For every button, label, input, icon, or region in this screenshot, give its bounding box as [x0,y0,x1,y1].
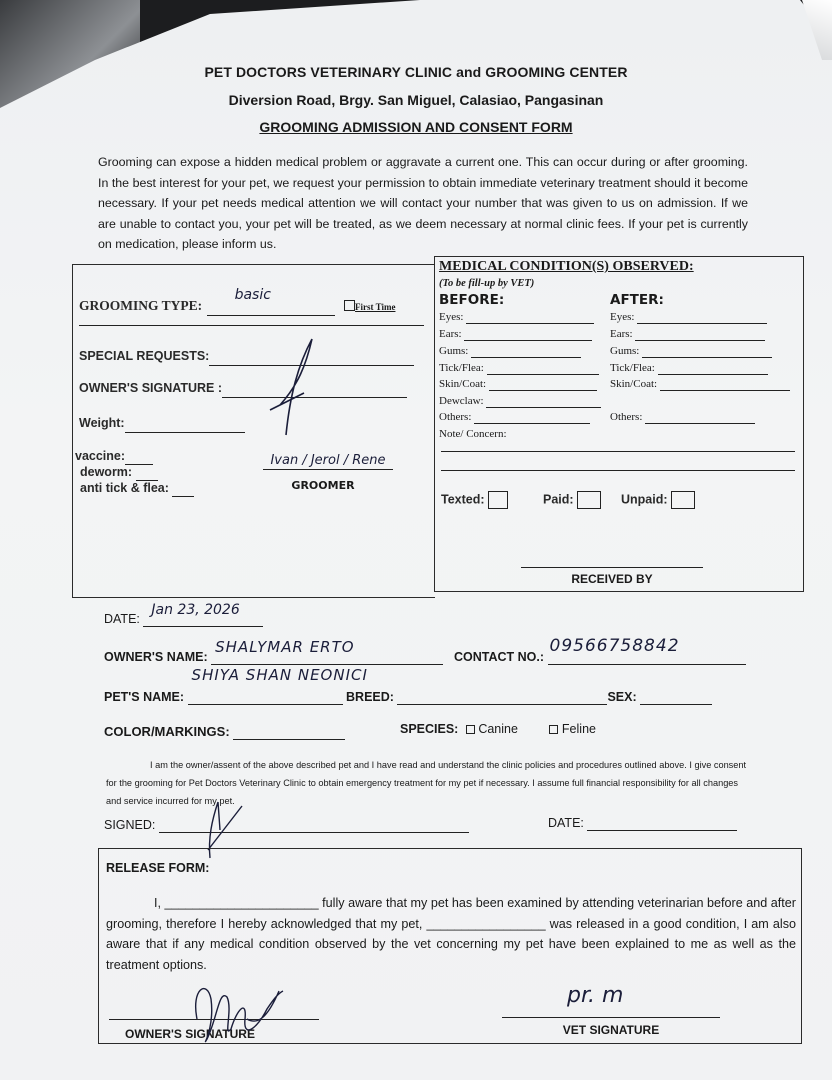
medical-section: MEDICAL CONDITION(S) OBSERVED: (To be fi… [434,256,804,592]
owner-name-value: SHALYMAR ERTO [215,638,354,656]
before-field-label: Dewclaw: [439,395,484,407]
contact-label: CONTACT NO.: [454,650,544,664]
before-field-input[interactable] [474,411,590,424]
date-field[interactable]: Jan 23, 2026 [143,612,263,627]
after-field-input[interactable] [642,345,772,358]
before-field-label: Gums: [439,345,468,357]
form-paper: PET DOCTORS VETERINARY CLINIC and GROOMI… [0,0,832,1080]
paid-row: Paid: [543,491,601,509]
color-row: COLOR/MARKINGS: [104,724,345,740]
intro-paragraph: Grooming can expose a hidden medical pro… [98,152,748,255]
pet-name-label: PET'S NAME: [104,690,184,704]
pet-name-field[interactable]: SHIYA SHAN NEONICI [188,690,343,705]
sex-label: SEX: [607,690,636,704]
consent-date-field[interactable] [587,816,737,831]
clinic-name: PET DOCTORS VETERINARY CLINIC and GROOMI… [0,64,832,80]
feline-label: Feline [562,722,596,736]
owner-signature-scribble [268,335,318,440]
breed-label: BREED: [346,690,394,704]
anti-tick-label: anti tick & flea: [80,481,169,495]
medical-row: Gums: [439,345,581,358]
note-label: Note/ Concern: [439,428,507,440]
owner-name-label: OWNER'S NAME: [104,650,208,664]
color-field[interactable] [233,724,345,740]
grooming-type-field[interactable]: basic [207,297,335,316]
medical-row-after: Eyes: [610,311,767,324]
texted-label: Texted: [441,492,485,506]
after-field-input[interactable] [645,411,755,424]
vaccine-field[interactable] [125,449,153,465]
sex-field[interactable] [640,690,712,705]
contact-field[interactable]: 09566758842 [548,650,746,665]
after-field-input[interactable] [637,311,767,324]
special-requests-row: SPECIAL REQUESTS: [79,347,414,366]
grooming-type-value: basic [235,287,271,303]
before-field-input[interactable] [489,378,597,391]
medical-row: Skin/Coat: [439,378,597,391]
deworm-label: deworm: [80,465,132,479]
before-field-label: Eyes: [439,311,463,323]
weight-field[interactable] [125,414,245,433]
owner-signature-label: OWNER'S SIGNATURE : [79,381,222,395]
medical-row-after: Others: [610,411,755,424]
grooming-type-extra-line [79,325,424,326]
after-field-input[interactable] [658,362,768,375]
first-time-label: First Time [355,302,395,312]
note-line-1[interactable] [441,451,795,452]
deworm-field[interactable] [136,465,158,481]
date-value: Jan 23, 2026 [151,602,239,618]
unpaid-row: Unpaid: [621,491,695,509]
release-title: RELEASE FORM: [106,861,209,875]
after-field-label: Ears: [610,328,633,340]
contact-value: 09566758842 [550,636,680,656]
health-checklist: vaccine: deworm: anti tick & flea: [75,449,194,497]
unpaid-checkbox[interactable] [671,491,695,509]
contact-row: CONTACT NO.: 09566758842 [454,650,746,665]
release-owner-signature-scribble [187,979,287,1054]
owner-name-field[interactable]: SHALYMAR ERTO [211,650,443,665]
paid-checkbox[interactable] [577,491,601,509]
weight-label: Weight: [79,416,125,430]
medical-row: Tick/Flea: [439,362,599,375]
grooming-type-label: GROOMING TYPE: [79,298,202,313]
after-field-label: Gums: [610,345,639,357]
paid-label: Paid: [543,492,574,506]
before-field-label: Ears: [439,328,462,340]
feline-checkbox[interactable] [549,725,558,734]
texted-checkbox[interactable] [488,491,508,509]
note-line-2[interactable] [441,470,795,471]
before-field-input[interactable] [464,328,592,341]
before-field-input[interactable] [466,311,594,324]
species-label: SPECIES: [400,722,458,736]
medical-subtitle: (To be fill-up by VET) [439,278,534,289]
breed-field[interactable] [397,690,607,705]
after-field-label: Eyes: [610,311,634,323]
before-field-label: Skin/Coat: [439,378,486,390]
form-title: GROOMING ADMISSION AND CONSENT FORM [0,119,832,135]
vet-signature-value: pr. m [567,983,623,1008]
consent-date-row: DATE: [548,816,737,831]
date-label: DATE: [104,612,140,626]
after-field-label: Skin/Coat: [610,378,657,390]
before-field-label: Others: [439,411,471,423]
date-row: DATE: Jan 23, 2026 [104,612,263,627]
vet-signature-line[interactable] [502,1017,720,1018]
medical-row-after: Gums: [610,345,772,358]
first-time-checkbox[interactable] [344,300,355,311]
medical-row: Others: [439,411,590,424]
unpaid-label: Unpaid: [621,492,668,506]
medical-row: Dewclaw: [439,395,601,408]
before-label: BEFORE: [439,292,504,308]
received-by-label: RECEIVED BY [521,572,703,586]
before-field-label: Tick/Flea: [439,362,484,374]
special-requests-label: SPECIAL REQUESTS: [79,349,209,363]
after-field-label: Others: [610,411,642,423]
grooming-type-row: GROOMING TYPE: basic First Time [79,297,424,316]
groomer-label: GROOMER [243,479,403,492]
anti-tick-field[interactable] [172,481,194,497]
after-field-input[interactable] [635,328,765,341]
texted-row: Texted: [441,491,508,509]
signed-label: SIGNED: [104,818,155,832]
release-paragraph: I, ______________________ fully aware th… [106,893,796,975]
before-field-input[interactable] [471,345,581,358]
canine-checkbox[interactable] [466,725,475,734]
weight-row: Weight: [79,414,245,433]
color-label: COLOR/MARKINGS: [104,724,230,739]
medical-row-after: Skin/Coat: [610,378,790,391]
owner-name-row: OWNER'S NAME: SHALYMAR ERTO [104,650,443,665]
medical-title: MEDICAL CONDITION(S) OBSERVED: [439,259,694,275]
received-by-line[interactable] [521,567,703,568]
medical-row-after: Ears: [610,328,765,341]
groomer-field[interactable]: Ivan / Jerol / Rene [263,451,393,470]
clinic-address: Diversion Road, Brgy. San Miguel, Calasi… [0,92,832,108]
pet-name-value: SHIYA SHAN NEONICI [192,666,368,684]
consent-date-label: DATE: [548,816,584,830]
before-field-input[interactable] [487,362,599,375]
owner-signature-row: OWNER'S SIGNATURE : [79,379,407,398]
grooming-section: GROOMING TYPE: basic First Time SPECIAL … [72,264,435,598]
after-label: AFTER: [610,292,664,308]
after-field-label: Tick/Flea: [610,362,655,374]
signed-row: SIGNED: [104,818,469,833]
medical-row: Eyes: [439,311,594,324]
medical-row-after: Tick/Flea: [610,362,768,375]
canine-label: Canine [478,722,518,736]
medical-row: Ears: [439,328,592,341]
release-section: RELEASE FORM: I, ______________________ … [98,848,802,1044]
vaccine-label: vaccine: [75,449,125,463]
species-row: SPECIES: Canine Feline [400,722,596,736]
vet-signature-label: VET SIGNATURE [502,1023,720,1037]
after-field-input[interactable] [660,378,790,391]
groomer-value: Ivan / Jerol / Rene [270,453,385,468]
pet-name-row: PET'S NAME: SHIYA SHAN NEONICI BREED: SE… [104,690,712,705]
before-field-input[interactable] [486,395,601,408]
